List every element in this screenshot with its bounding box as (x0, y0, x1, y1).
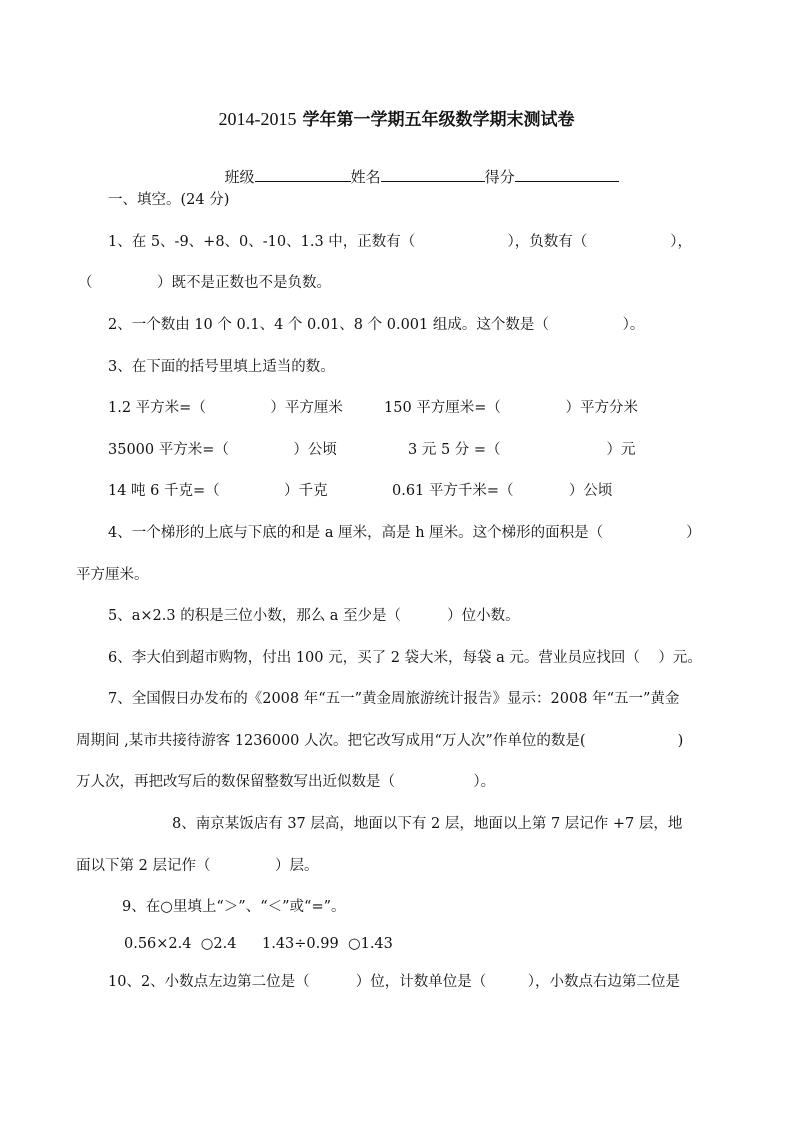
question-9: 9、在○里填上“＞”、“＜”或“=”。 (122, 897, 346, 917)
question-3-item-4: 3 元 5 分 =（ ）元 (408, 440, 636, 460)
question-3: 3、在下面的括号里填上适当的数。 (108, 357, 335, 377)
question-3-item-2: 150 平方厘米=（ ）平方分米 (384, 398, 638, 418)
class-label: 班级 (225, 168, 255, 186)
question-3-item-1: 1.2 平方米=（ ）平方厘米 (108, 398, 343, 418)
question-3-item-6: 0.61 平方千米=（ ）公顷 (392, 481, 612, 501)
question-8-line-2: 面以下第 2 层记作（ ）层。 (76, 856, 318, 876)
name-label: 姓名 (351, 168, 381, 186)
question-7-line-3: 万人次，再把改写后的数保留整数写出近似数是（ ）。 (76, 772, 495, 792)
question-9-item-2: 1.43÷0.99 ○1.43 (262, 934, 393, 954)
name-blank[interactable] (381, 167, 485, 182)
question-4-line-1: 4、一个梯形的上底与下底的和是 a 厘米，高是 h 厘米。这个梯形的面积是（ ） (108, 523, 701, 543)
question-1-line-2: （ ）既不是正数也不是负数。 (78, 273, 331, 293)
score-blank[interactable] (515, 167, 619, 182)
question-5: 5、a×2.3 的积是三位小数，那么 a 至少是（ ）位小数。 (108, 606, 520, 626)
question-3-item-5: 14 吨 6 千克=（ ）千克 (108, 481, 328, 501)
question-10: 10、2、小数点左边第二位是（ ）位，计数单位是（ ），小数点右边第二位是 (108, 972, 680, 992)
score-label: 得分 (485, 168, 515, 186)
section-heading: 一、填空。(24 分) (108, 190, 229, 210)
student-info-row: 班级姓名得分 (215, 148, 619, 187)
question-4-line-2: 平方厘米。 (76, 565, 149, 585)
question-3-item-3: 35000 平方米=（ ）公顷 (108, 440, 337, 460)
title-text: 学年第一学期五年级数学期末测试卷 (297, 110, 575, 130)
title-year: 2014-2015 (219, 109, 297, 129)
class-blank[interactable] (255, 167, 351, 182)
question-7-line-1: 7、全国假日办发布的《2008 年“五一”黄金周旅游统计报告》显示：2008 年… (108, 689, 679, 709)
question-1-line-1: 1、在 5、-9、+8、0、-10、1.3 中，正数有（ ），负数有（ ）， (108, 232, 692, 252)
page-title: 2014-2015 学年第一学期五年级数学期末测试卷 (0, 105, 793, 130)
question-6: 6、李大伯到超市购物，付出 100 元，买了 2 袋大米，每袋 a 元。营业员应… (108, 648, 702, 668)
question-8-line-1: 8、南京某饭店有 37 层高，地面以下有 2 层，地面以上第 7 层记作 +7 … (172, 814, 682, 834)
question-7-line-2: 周期间 ,某市共接待游客 1236000 人次。把它改写成用“万人次”作单位的数… (76, 731, 683, 751)
question-2: 2、一个数由 10 个 0.1、4 个 0.01、8 个 0.001 组成。这个… (108, 315, 644, 335)
question-9-item-1: 0.56×2.4 ○2.4 (124, 934, 236, 954)
